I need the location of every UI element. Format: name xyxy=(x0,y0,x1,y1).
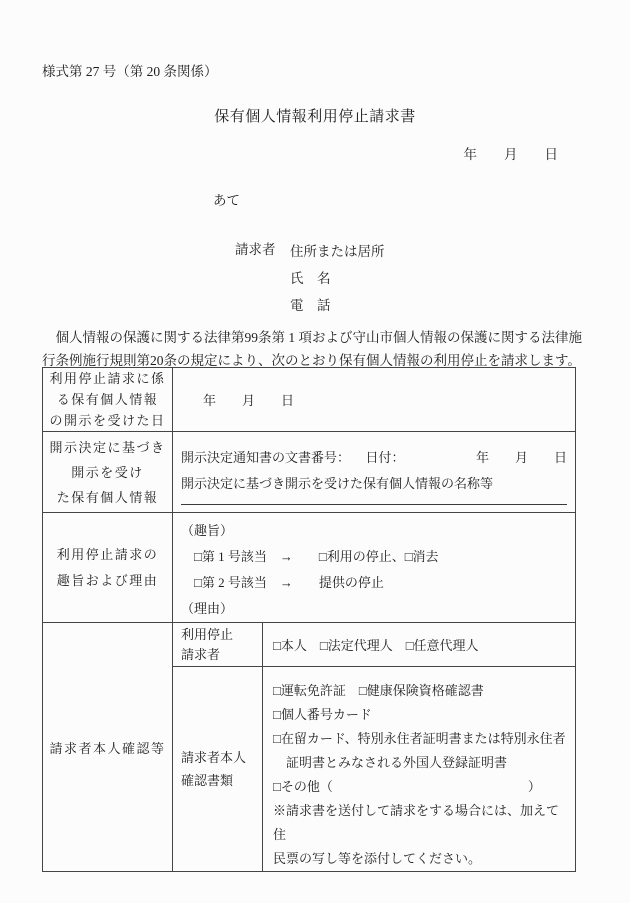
fill-in-line xyxy=(181,504,567,505)
table-row-requester-type: 請求者本人確認等 利用停止 請求者 □本人 □法定代理人 □任意代理人 xyxy=(43,623,576,667)
info-name-label: 開示決定に基づき開示を受けた保有個人情報の名称等 xyxy=(181,471,567,497)
form-number: 様式第 27 号（第 20 条関係） xyxy=(42,60,218,80)
header-line: 確認書類 xyxy=(181,769,262,792)
row2-header: 開示決定に基づき 開示を受け た保有個人情報 xyxy=(43,432,173,513)
row4-sub1-header: 利用停止 請求者 xyxy=(173,623,263,667)
header-line: 趣旨および理由 xyxy=(43,568,172,594)
checkbox-line-residence-card: □在留カード、特別永住者証明書または特別永住者 xyxy=(273,727,569,751)
identity-documents-content: □運転免許証 □健康保険資格確認書 □個人番号カード □在留カード、特別永住者証… xyxy=(263,667,576,872)
page-title: 保有個人情報利用停止請求書 xyxy=(0,105,630,126)
checkbox-line-residence-card-cont: 証明書とみなされる外国人登録証明書 xyxy=(273,751,569,775)
note-line-cont: 民票の写し等を添付してください。 xyxy=(273,847,569,871)
requester-name-label: 氏 名 xyxy=(290,265,385,292)
header-line: の開示を受けた日 xyxy=(43,410,172,431)
header-line: 請求者本人 xyxy=(181,746,262,769)
requester-fields: 住所または居所 氏 名 電 話 xyxy=(290,238,385,319)
row2-content: 開示決定通知書の文書番号： 日付： 年 月 日 開示決定に基づき開示を受けた保有… xyxy=(173,432,576,513)
table-row-disclosure-date: 利用停止請求に係 る保有個人情報 の開示を受けた日 年 月 日 xyxy=(43,368,576,432)
addressee-label: あて xyxy=(213,189,240,209)
checkbox-line-item2: □第 2 号該当 → 提供の停止 xyxy=(181,570,569,596)
header-line: 利用停止 xyxy=(181,625,262,645)
row1-header: 利用停止請求に係 る保有個人情報 の開示を受けた日 xyxy=(43,368,173,432)
requester-type-checkboxes: □本人 □法定代理人 □任意代理人 xyxy=(263,623,576,667)
reason-heading: （理由） xyxy=(181,596,569,622)
row4-sub2-header: 請求者本人 確認書類 xyxy=(173,667,263,872)
requester-address-label: 住所または居所 xyxy=(290,238,385,265)
note-line: ※請求書を送付して請求をする場合には、加えて住 xyxy=(273,799,569,847)
checkbox-line-item1: □第 1 号該当 → □利用の停止、□消去 xyxy=(181,544,569,570)
header-date-line: 年 月 日 xyxy=(464,143,559,163)
row1-date-value: 年 月 日 xyxy=(173,368,576,432)
header-line: る保有個人情報 xyxy=(43,389,172,410)
row3-content: （趣旨） □第 1 号該当 → □利用の停止、□消去 □第 2 号該当 → 提供… xyxy=(173,513,576,623)
row4-header: 請求者本人確認等 xyxy=(43,623,173,872)
header-line: た保有個人情報 xyxy=(43,485,172,510)
header-line: 開示決定に基づき xyxy=(43,435,172,460)
checkbox-line-license: □運転免許証 □健康保険資格確認書 xyxy=(273,679,569,703)
doc-date-label: 日付： 年 月 日 xyxy=(366,445,568,471)
intro-paragraph: 個人情報の保護に関する法律第99条第 1 項および守山市個人情報の保護に関する法… xyxy=(42,326,590,372)
checkbox-line-other: □その他（ ） xyxy=(273,775,569,799)
intro-line: 個人情報の保護に関する法律第99条第 1 項および守山市個人情報の保護に関する法… xyxy=(42,326,590,349)
requester-label: 請求者 xyxy=(235,238,276,258)
document-page: 様式第 27 号（第 20 条関係） 保有個人情報利用停止請求書 年 月 日 あ… xyxy=(0,0,630,903)
row3-header: 利用停止請求の 趣旨および理由 xyxy=(43,513,173,623)
request-form-table: 利用停止請求に係 る保有個人情報 の開示を受けた日 年 月 日 開示決定に基づき… xyxy=(42,367,576,872)
header-line: 利用停止請求に係 xyxy=(43,368,172,389)
header-line: 開示を受け xyxy=(43,460,172,485)
header-line: 利用停止請求の xyxy=(43,542,172,568)
table-row-purpose-reason: 利用停止請求の 趣旨および理由 （趣旨） □第 1 号該当 → □利用の停止、□… xyxy=(43,513,576,623)
requester-phone-label: 電 話 xyxy=(290,292,385,319)
purpose-heading: （趣旨） xyxy=(181,518,569,544)
doc-number-line: 開示決定通知書の文書番号： 日付： 年 月 日 xyxy=(181,445,567,471)
doc-number-label: 開示決定通知書の文書番号： xyxy=(181,445,350,471)
checkbox-line-mynumber: □個人番号カード xyxy=(273,703,569,727)
table-row-disclosed-info: 開示決定に基づき 開示を受け た保有個人情報 開示決定通知書の文書番号： 日付：… xyxy=(43,432,576,513)
header-line: 請求者 xyxy=(181,645,262,665)
